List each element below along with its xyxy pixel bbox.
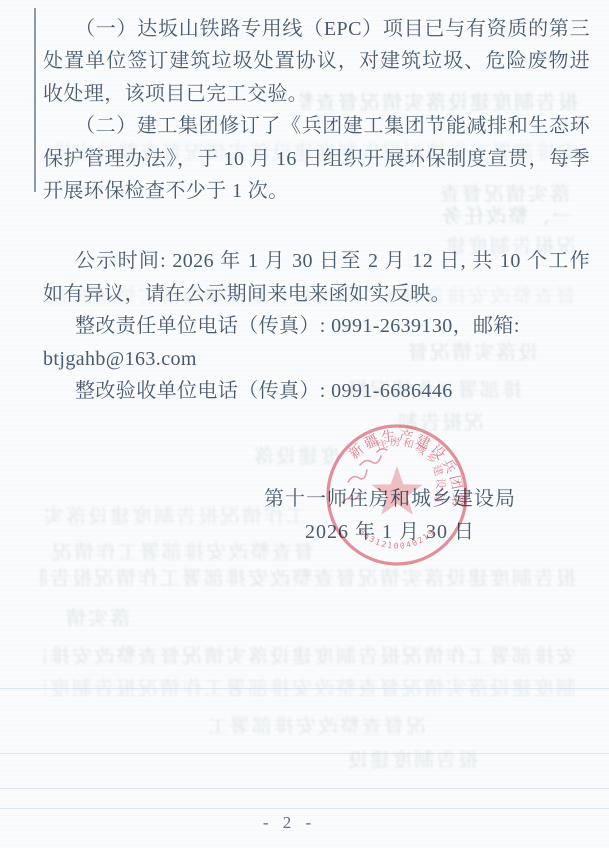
bleed-line: 况督查整改安排部署工 <box>178 710 426 734</box>
body-line: （二）建工集团修订了《兵团建工集团节能减排和生态环境 <box>43 110 590 142</box>
body-line: 收处理，该项目已完工交验。 <box>43 78 590 110</box>
page-number: - 2 - <box>0 813 579 833</box>
body-line: 保护管理办法》，于 10 月 16 日组织开展环保制度宣贯，每季度 <box>43 143 590 175</box>
document-page: 报告制度建设落实情况督查整改安排部署工作情况报告制度建设落实情况督查整改安排部署… <box>0 0 609 848</box>
body-line: 公示时间: 2026 年 1 月 30 日至 2 月 12 日, 共 10 个工… <box>43 245 590 277</box>
body-spacer <box>43 207 590 245</box>
bleed-line: 落实情 <box>40 602 130 626</box>
body-line: （一）达坂山铁路专用线（EPC）项目已与有资质的第三方 <box>43 13 590 45</box>
body-line: 整改责任单位电话（传真）: 0991-2639130，邮箱: <box>43 310 590 342</box>
seal-star-icon <box>371 466 422 515</box>
body-line: 处置单位签订建筑垃圾处置协议，对建筑垃圾、危险废物进行回 <box>43 45 590 77</box>
seal-code: 0631210040219 <box>357 527 437 551</box>
document-body: （一）达坂山铁路专用线（EPC）项目已与有资质的第三方处置单位签订建筑垃圾处置协… <box>43 13 590 407</box>
official-seal-stamp: 新疆生产建设兵团第十一师 住房和城乡建设局 0631210040219 <box>322 420 472 570</box>
bleed-line: 报告制度建设落实情况督查整改安排部署工作情况报告制度 <box>40 562 576 586</box>
scan-artifact-line <box>34 8 36 192</box>
body-line: btjgahb@163.com <box>43 343 590 375</box>
scan-rule <box>0 808 609 809</box>
scan-rule <box>0 753 609 754</box>
body-line: 整改验收单位电话（传真）: 0991-6686446 <box>43 375 590 407</box>
bleed-line: 制度建设落实情况督查整改安排部署工作情况报告制度建设 <box>44 672 576 696</box>
uyghur-script-marks <box>343 449 387 502</box>
scan-rule <box>0 688 609 689</box>
body-line: 如有异议，请在公示期间来电来函如实反映。 <box>43 278 590 310</box>
body-line: 开展环保检查不少于 1 次。 <box>43 175 590 207</box>
scan-rule <box>0 788 609 789</box>
bleed-line: 安排部署工作情况报告制度建设落实情况督查整改安排部署 <box>44 640 576 664</box>
bleed-line: 报告制度建设 <box>326 744 478 768</box>
